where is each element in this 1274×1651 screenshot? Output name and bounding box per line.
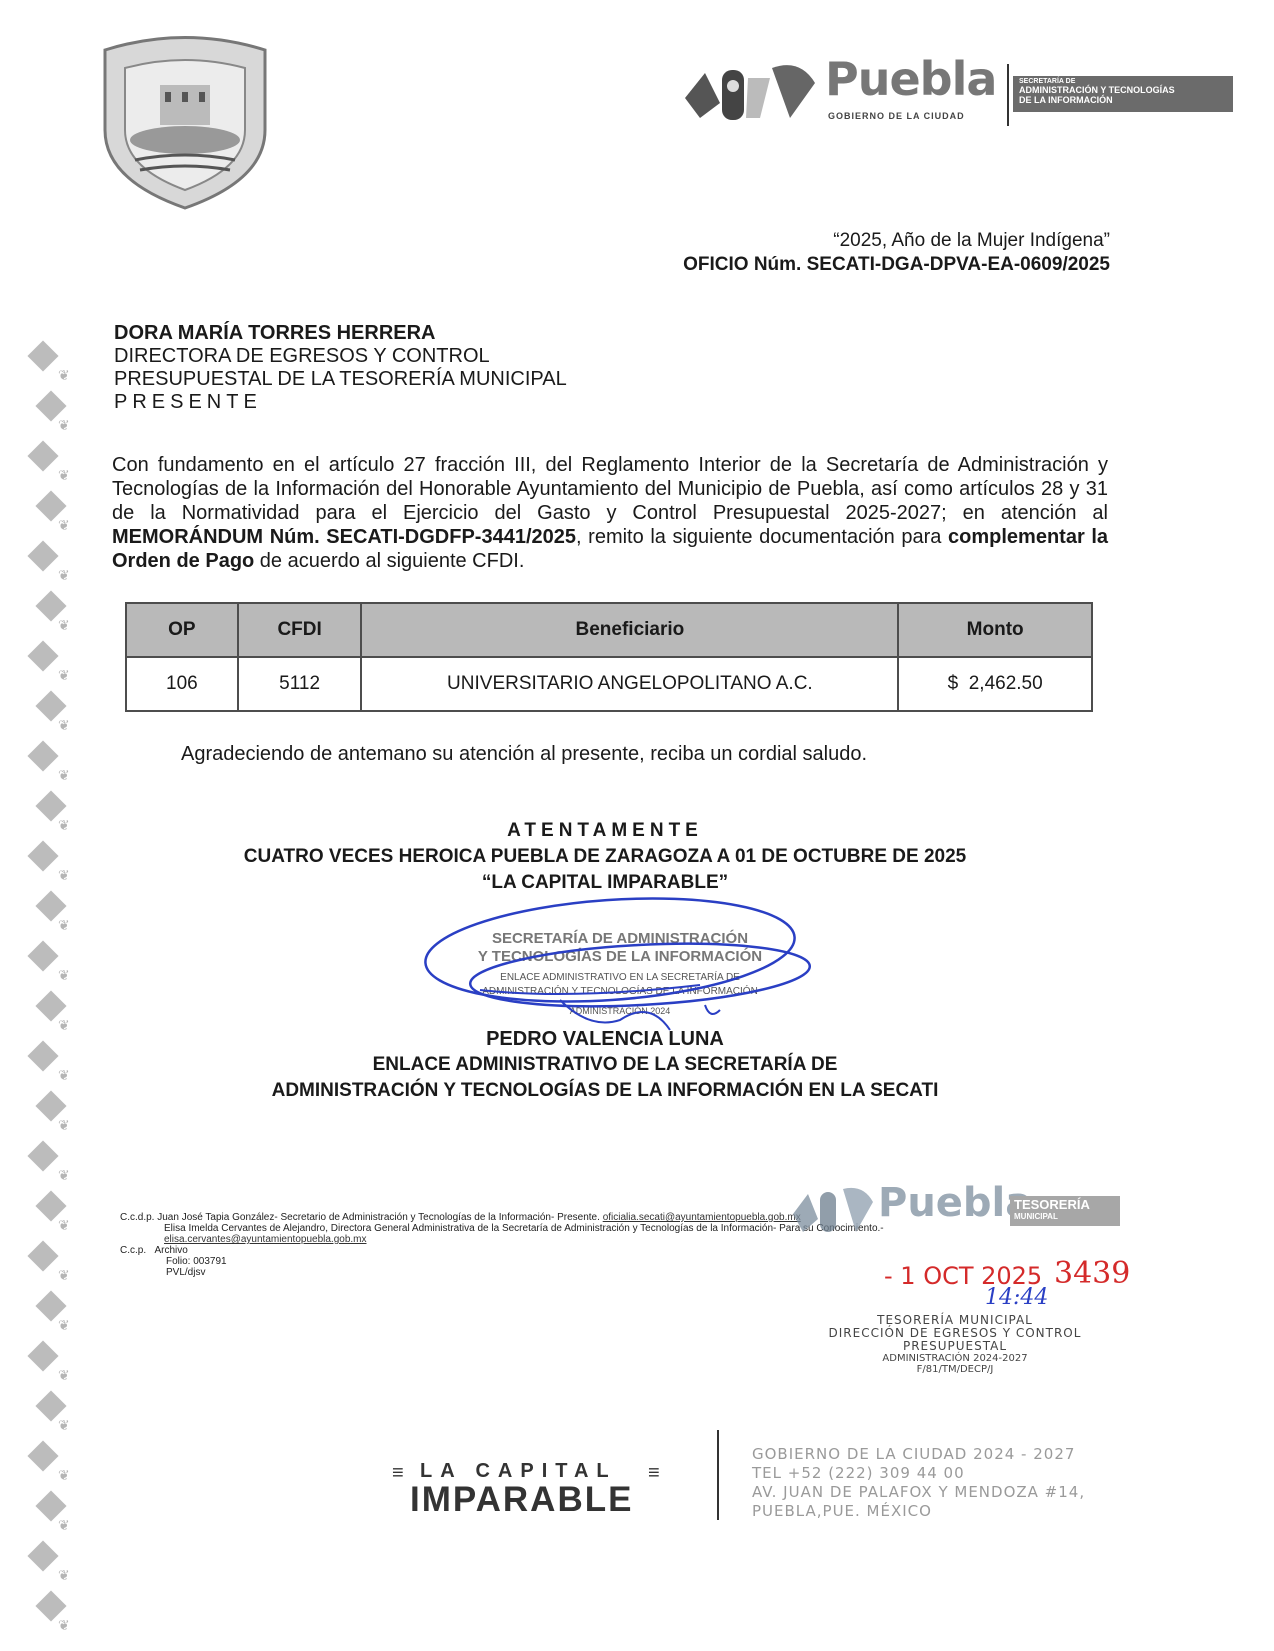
border-leaf-icon: ❦ [58,1217,70,1234]
border-leaf-icon: ❦ [58,767,70,784]
border-diamond [27,540,58,571]
thanks-line: Agradeciendo de antemano su atención al … [181,743,867,766]
receipt-number-stamp: 3439 [1054,1256,1130,1291]
border-diamond [27,440,58,471]
border-leaf-icon: ❦ [58,717,70,734]
city-date-line: CUATRO VECES HEROICA PUEBLA DE ZARAGOZA … [0,846,1210,868]
border-leaf-icon: ❦ [58,617,70,634]
recipient-title-line1: DIRECTORA DE EGRESOS Y CONTROL [114,345,567,368]
column-header-cfdi: CFDI [238,603,362,657]
initials-text: PVL/djsv [120,1267,884,1278]
border-diamond [27,940,58,971]
office-line5: F/81/TM/DECP/J [815,1364,1095,1375]
folio-text: Folio: 003791 [120,1256,884,1267]
table-header-row: OP CFDI Beneficiario Monto [126,603,1092,657]
cell-cfdi: 5112 [238,657,362,711]
address-line1: GOBIERNO DE LA CIUDAD 2024 - 2027 [752,1445,1085,1464]
cell-beneficiario: UNIVERSITARIO ANGELOPOLITANO A.C. [361,657,898,711]
border-leaf-icon: ❦ [58,1517,70,1534]
puebla-emblem-icon [788,1184,878,1234]
border-leaf-icon: ❦ [58,1467,70,1484]
border-leaf-icon: ❦ [58,367,70,384]
recipient-block: DORA MARÍA TORRES HERRERA DIRECTORA DE E… [114,322,567,414]
tesoreria-badge-line1: TESORERÍA [1014,1198,1116,1212]
border-diamond [27,740,58,771]
ccdp-label: C.c.d.p. [120,1212,154,1223]
archive-text: Archivo [154,1245,187,1256]
receipt-office-stamp: TESORERÍA MUNICIPAL DIRECCIÓN DE EGRESOS… [815,1314,1095,1375]
receipt-time-handwritten: 14:44 [985,1285,1048,1310]
office-line4: ADMINISTRACIÓN 2024-2027 [815,1353,1095,1364]
tesoreria-badge: TESORERÍA MUNICIPAL [1010,1196,1120,1226]
cc2-email-link[interactable]: elisa.cervantes@ayuntamientopuebla.gob.m… [164,1234,367,1245]
cc2-text: Elisa Imelda Cervantes de Alejandro, Dir… [120,1223,884,1234]
border-leaf-icon: ❦ [58,517,70,534]
column-header-beneficiario: Beneficiario [361,603,898,657]
column-header-monto: Monto [898,603,1092,657]
cc1-text: Juan José Tapia González- Secretario de … [157,1212,602,1223]
border-leaf-icon: ❦ [58,417,70,434]
border-leaf-icon: ❦ [58,1617,70,1634]
footer-separator [717,1430,719,1520]
wing-right-icon: ≡ [648,1462,660,1485]
ccp-label: C.c.p. [120,1245,146,1256]
signatory-role-line2: ADMINISTRACIÓN Y TECNOLOGÍAS DE LA INFOR… [0,1080,1210,1102]
secretariat-line1: SECRETARÍA DE [1019,78,1227,85]
border-leaf-icon: ❦ [58,467,70,484]
signatory-role-line1: ENLACE ADMINISTRATIVO DE LA SECRETARÍA D… [0,1054,1210,1076]
cell-op: 106 [126,657,238,711]
oficio-number: OFICIO Núm. SECATI-DGA-DPVA-EA-0609/2025 [683,254,1110,276]
secretariat-badge: SECRETARÍA DE ADMINISTRACIÓN Y TECNOLOGÍ… [1013,76,1233,112]
puebla-emblem-icon [680,58,820,122]
signature-icon [420,880,820,1040]
border-leaf-icon: ❦ [58,1267,70,1284]
border-diamond [27,1140,58,1171]
cc1-email-link[interactable]: oficialia.secati@ayuntamientopuebla.gob.… [603,1212,801,1223]
secretariat-line2: ADMINISTRACIÓN Y TECNOLOGÍAS [1019,85,1227,95]
border-leaf-icon: ❦ [58,917,70,934]
official-seal: SECRETARÍA DE ADMINISTRACIÓN Y TECNOLOGÍ… [420,880,820,1040]
capital-imparable-logo: ≡ LA CAPITAL ≡ IMPARABLE [392,1460,682,1530]
cell-monto: $ 2,462.50 [898,657,1092,711]
recipient-name: DORA MARÍA TORRES HERRERA [114,322,567,345]
border-leaf-icon: ❦ [58,567,70,584]
border-diamond [27,1340,58,1371]
column-header-op: OP [126,603,238,657]
tesoreria-badge-line2: MUNICIPAL [1014,1212,1116,1221]
office-line3: PRESUPUESTAL [815,1340,1095,1353]
border-diamond [27,1540,58,1571]
body-text-3: de acuerdo al siguiente CFDI. [254,550,524,572]
border-diamond [27,340,58,371]
footer-address: GOBIERNO DE LA CIUDAD 2024 - 2027 TEL +5… [752,1445,1085,1521]
secretariat-line3: DE LA INFORMACIÓN [1019,95,1227,105]
border-diamond [27,1440,58,1471]
salutation: PRESENTE [114,391,567,414]
table-row: 106 5112 UNIVERSITARIO ANGELOPOLITANO A.… [126,657,1092,711]
border-leaf-icon: ❦ [58,967,70,984]
border-leaf-icon: ❦ [58,1117,70,1134]
recipient-title-line2: PRESUPUESTAL DE LA TESORERÍA MUNICIPAL [114,368,567,391]
logo-separator [1007,64,1009,126]
address-line2: TEL +52 (222) 309 44 00 [752,1464,1085,1483]
puebla-secati-logo: Puebla GOBIERNO DE LA CIUDAD SECRETARÍA … [680,58,1160,128]
body-paragraph: Con fundamento en el artículo 27 fracció… [112,453,1108,573]
footer-slogan-line2: IMPARABLE [410,1480,633,1520]
puebla-wordmark: Puebla [825,52,996,106]
border-diamond [27,1240,58,1271]
border-leaf-icon: ❦ [58,1567,70,1584]
year-motto: “2025, Año de la Mujer Indígena” [833,230,1110,252]
border-leaf-icon: ❦ [58,1367,70,1384]
body-text-1: Con fundamento en el artículo 27 fracció… [112,454,1108,524]
memo-reference: MEMORÁNDUM Núm. SECATI-DGDFP-3441/2025 [112,526,576,548]
city-crest-icon [85,30,285,210]
border-leaf-icon: ❦ [58,667,70,684]
border-leaf-icon: ❦ [58,1317,70,1334]
body-text-2: , remito la siguiente documentación para [576,526,948,548]
cfdi-table: OP CFDI Beneficiario Monto 106 5112 UNIV… [125,602,1093,712]
address-line3: AV. JUAN DE PALAFOX Y MENDOZA #14, [752,1483,1085,1502]
atentamente: ATENTAMENTE [0,820,1210,842]
logo-subtitle: GOBIERNO DE LA CIUDAD [828,111,965,121]
tesoreria-logo: Puebla TESORERÍA MUNICIPAL [788,1184,1118,1234]
decorative-border: ❦❦❦❦❦❦❦❦❦❦❦❦❦❦❦❦❦❦❦❦❦❦❦❦❦❦ [28,345,78,1645]
border-diamond [27,640,58,671]
border-leaf-icon: ❦ [58,1417,70,1434]
wing-left-icon: ≡ [392,1462,404,1485]
cc-block: C.c.d.p. Juan José Tapia González- Secre… [120,1212,884,1278]
address-line4: PUEBLA,PUE. MÉXICO [752,1502,1085,1521]
signatory-name: PEDRO VALENCIA LUNA [0,1028,1210,1051]
border-leaf-icon: ❦ [58,1167,70,1184]
